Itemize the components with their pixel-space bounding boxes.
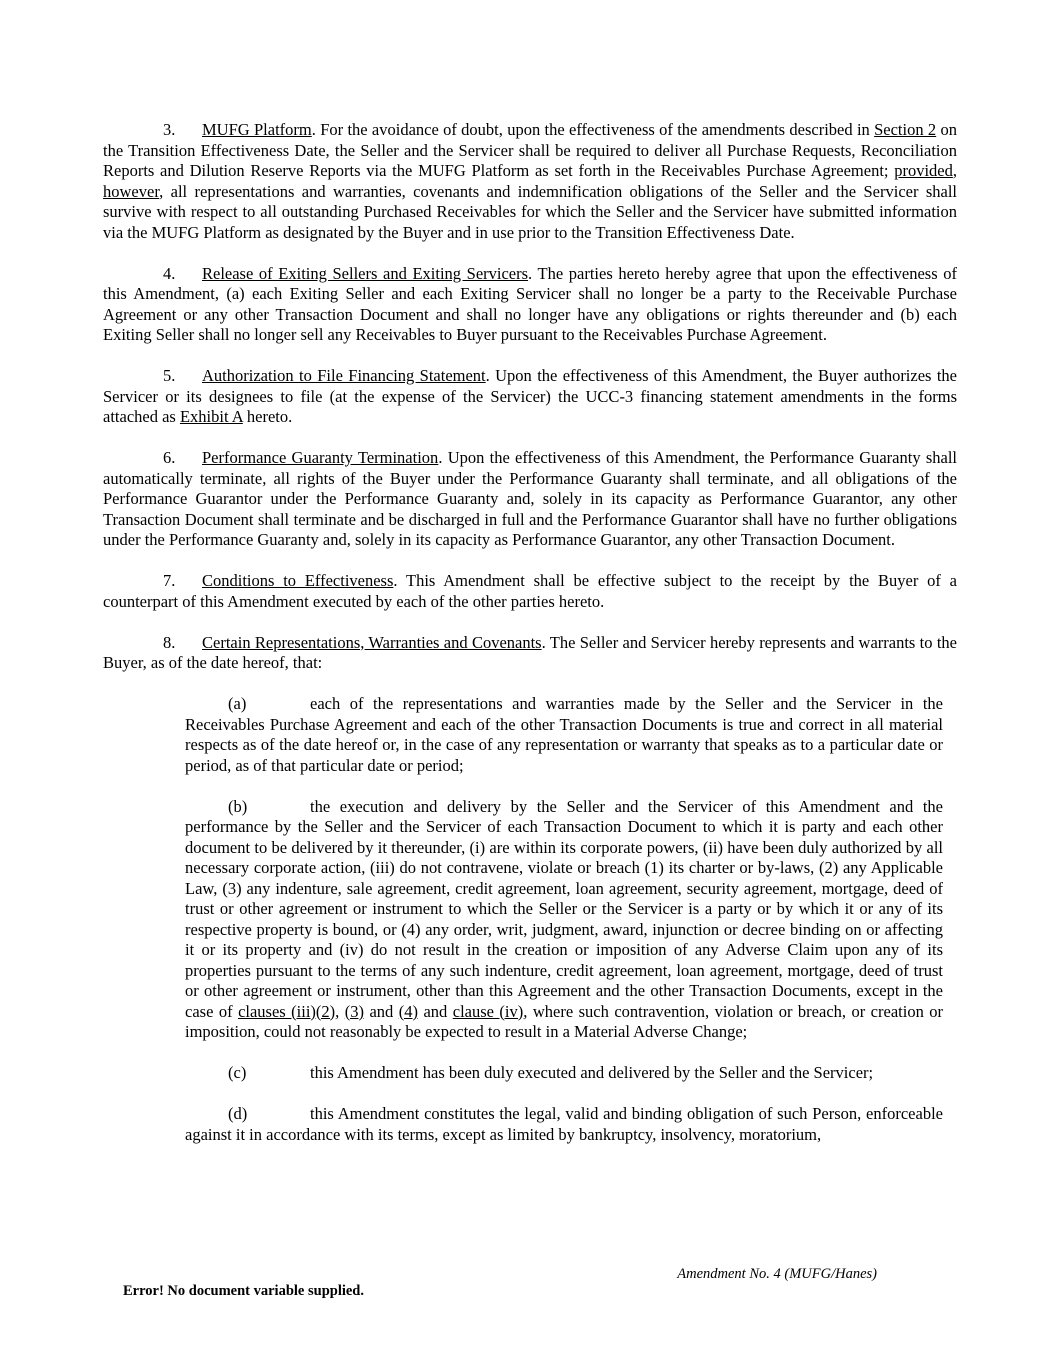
footer-error-note: Error! No document variable supplied. bbox=[123, 1283, 364, 1300]
text-segment: this Amendment has been duly executed an… bbox=[310, 1063, 873, 1082]
paragraph-number: 7. bbox=[163, 571, 202, 592]
paragraph-7: 7.Conditions to Effectiveness. This Amen… bbox=[103, 571, 957, 612]
subparagraph-letter: (a) bbox=[228, 694, 310, 715]
paragraph-text: Conditions to Effectiveness. This Amendm… bbox=[103, 571, 957, 611]
paragraph-4: 4.Release of Exiting Sellers and Exiting… bbox=[103, 264, 957, 346]
text-segment: . For the avoidance of doubt, upon the e… bbox=[312, 120, 874, 139]
text-segment: clause (iv) bbox=[453, 1002, 524, 1021]
text-segment: and bbox=[364, 1002, 399, 1021]
text-segment: MUFG Platform bbox=[202, 120, 312, 139]
text-segment: hereto. bbox=[243, 407, 292, 426]
subparagraph-c: (c)this Amendment has been duly executed… bbox=[185, 1063, 943, 1084]
footer-doc-reference: Amendment No. 4 (MUFG/Hanes) bbox=[677, 1266, 877, 1283]
document-page: 3.MUFG Platform. For the avoidance of do… bbox=[0, 0, 1055, 1365]
text-segment: and bbox=[418, 1002, 453, 1021]
paragraph-text: Certain Representations, Warranties and … bbox=[103, 633, 957, 673]
text-segment: Certain Representations, Warranties and … bbox=[202, 633, 542, 652]
paragraph-number: 5. bbox=[163, 366, 202, 387]
text-segment: (3) bbox=[345, 1002, 364, 1021]
paragraph-number: 4. bbox=[163, 264, 202, 285]
paragraph-text: this Amendment has been duly executed an… bbox=[310, 1063, 873, 1082]
paragraph-6: 6.Performance Guaranty Termination. Upon… bbox=[103, 448, 957, 551]
paragraph-text: Authorization to File Financing Statemen… bbox=[103, 366, 957, 426]
text-segment: provided bbox=[894, 161, 953, 180]
text-segment: Performance Guaranty Termination bbox=[202, 448, 438, 467]
subparagraph-d: (d)this Amendment constitutes the legal,… bbox=[185, 1104, 943, 1145]
paragraph-8: 8.Certain Representations, Warranties an… bbox=[103, 633, 957, 674]
text-segment: however bbox=[103, 182, 159, 201]
paragraph-3: 3.MUFG Platform. For the avoidance of do… bbox=[103, 120, 957, 243]
text-segment: Authorization to File Financing Statemen… bbox=[202, 366, 486, 385]
text-segment: , all representations and warranties, co… bbox=[103, 182, 957, 242]
subparagraph-a: (a)each of the representations and warra… bbox=[185, 694, 943, 776]
subparagraph-letter: (c) bbox=[228, 1063, 310, 1084]
text-segment: Conditions to Effectiveness bbox=[202, 571, 393, 590]
subparagraph-letter: (b) bbox=[228, 797, 310, 818]
text-segment: (4) bbox=[399, 1002, 418, 1021]
subparagraph-letter: (d) bbox=[228, 1104, 310, 1125]
paragraph-text: MUFG Platform. For the avoidance of doub… bbox=[103, 120, 957, 242]
text-segment: Release of Exiting Sellers and Exiting S… bbox=[202, 264, 528, 283]
text-segment: , bbox=[953, 161, 957, 180]
paragraph-text: Release of Exiting Sellers and Exiting S… bbox=[103, 264, 957, 345]
subparagraph-b: (b)the execution and delivery by the Sel… bbox=[185, 797, 943, 1043]
paragraph-text: the execution and delivery by the Seller… bbox=[185, 797, 943, 1042]
paragraph-5: 5.Authorization to File Financing Statem… bbox=[103, 366, 957, 428]
paragraph-number: 6. bbox=[163, 448, 202, 469]
text-segment: clauses (iii)(2) bbox=[238, 1002, 335, 1021]
text-segment: the execution and delivery by the Seller… bbox=[185, 797, 943, 1021]
paragraph-text: Performance Guaranty Termination. Upon t… bbox=[103, 448, 957, 549]
paragraph-number: 3. bbox=[163, 120, 202, 141]
text-segment: Exhibit A bbox=[180, 407, 243, 426]
text-segment: Section 2 bbox=[874, 120, 936, 139]
document-body: 3.MUFG Platform. For the avoidance of do… bbox=[103, 120, 957, 1166]
text-segment: , bbox=[335, 1002, 345, 1021]
paragraph-number: 8. bbox=[163, 633, 202, 654]
